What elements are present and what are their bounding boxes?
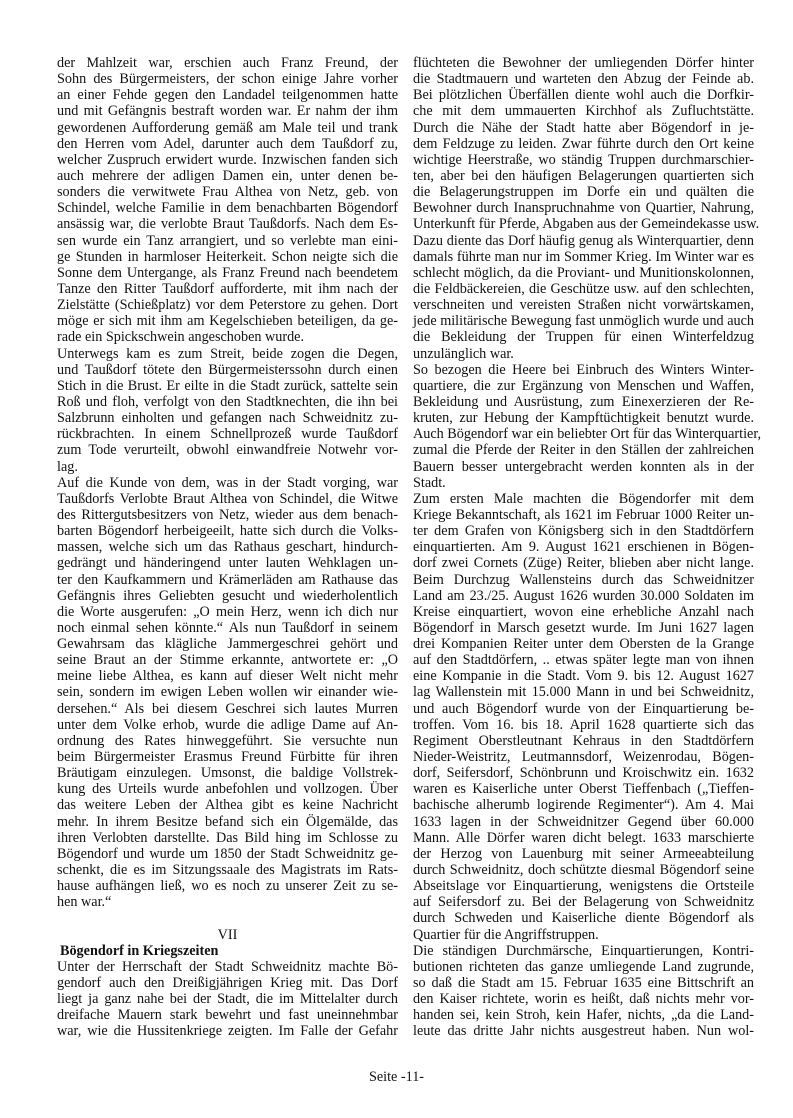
text-line: Abseitslage vor Einquartierung, wenigste…	[413, 878, 754, 894]
text-line: auf Seifersdorf zu. Bei der Belagerung v…	[413, 894, 754, 910]
text-line: Bewohner durch Inanspruchnahme von Quart…	[413, 200, 754, 216]
text-line: 1633 lagen in der Schweidnitzer Gegend ü…	[413, 814, 754, 830]
text-line: durch Schweden und Kaiserliche diente Bö…	[413, 910, 754, 926]
text-line: Zielstätte (Schießplatz) vor dem Peterst…	[57, 297, 398, 313]
text-line: lag.	[57, 459, 398, 475]
text-line: unter dem Volke erhob, wurde die adlige …	[57, 717, 398, 733]
text-line: Sonne dem Untergange, als Franz Freund n…	[57, 265, 398, 281]
text-line: Beim Durchzug Wallensteins durch das Sch…	[413, 572, 754, 588]
text-line: sein, sondern im ewigen Leben wollen wir…	[57, 684, 398, 700]
text-line: Regiment Oberstleutnant Kehraus in den S…	[413, 733, 754, 749]
text-line: welcher Zuspruch erwidert wurde. Inzwisc…	[57, 152, 398, 168]
text-line: Tanze den Ritter Taußdorf aufforderte, m…	[57, 281, 398, 297]
text-line: zumal die Pferde der Reiter in den Ställ…	[413, 442, 754, 458]
paragraph: So bezogen die Heere bei Einbruch des Wi…	[413, 362, 754, 491]
text-line: verschneiten und vereisten Straßen nicht…	[413, 297, 754, 313]
text-line: che mit dem ummauerten Kirchhof als Zufl…	[413, 103, 754, 119]
text-line: Gefängnis ihres Geliebten gesucht und wi…	[57, 588, 398, 604]
text-line: kruten, zur Hebung der Kampftüchtigkeit …	[413, 410, 754, 426]
text-line: Die ständigen Durchmärsche, Einquartieru…	[413, 943, 754, 959]
text-line: das weitere Leben der Althea gibt es kei…	[57, 797, 398, 813]
text-line: der Herzog von Lauenburg mit seiner Arme…	[413, 846, 754, 862]
text-line: und mit Gefängnis bestraft worden war. E…	[57, 103, 398, 119]
text-line: Bögendorf und wurde um 1850 der Stadt Sc…	[57, 846, 398, 862]
text-line: des Rittergutsbesitzers von Netz, wieder…	[57, 507, 398, 523]
text-line: an einer Fehde gegen den Landadel teilge…	[57, 87, 398, 103]
text-line: Gewahrsam das klägliche Jammergeschrei g…	[57, 636, 398, 652]
paragraph: Die ständigen Durchmärsche, Einquartieru…	[413, 943, 754, 1040]
text-line: ansässig war, die verlobte Braut Taußdor…	[57, 216, 398, 232]
chapter-title: Bögendorf in Kriegszeiten	[57, 943, 398, 959]
text-line: ihren Verlobten darstellte. Das Bild hin…	[57, 830, 398, 846]
text-line: noch einmal sehen könnte.“ Als nun Taußd…	[57, 620, 398, 636]
text-line: Stich in die Brust. Er eilte in die Stad…	[57, 378, 398, 394]
text-line: zum Tode verurteilt, obwohl einwandfreie…	[57, 442, 398, 458]
text-line: und auch Bögendorf wurde von der Einquar…	[413, 701, 754, 717]
text-line: der Mahlzeit war, erschien auch Franz Fr…	[57, 55, 398, 71]
text-line: dorf zwei Cornets (Züge) Reiter, blieben…	[413, 555, 754, 571]
text-line: die Stadtmauern und warteten den Abzug d…	[413, 71, 754, 87]
text-line: Dazu diente das Dorf häufig genug als Wi…	[413, 233, 754, 249]
text-line: hen war.“	[57, 894, 398, 910]
text-line: war, wie die Hussitenkriege zeigten. Im …	[57, 1023, 398, 1039]
text-line: Taußdorfs Verlobte Braut Althea von Schi…	[57, 491, 398, 507]
paragraph: Unterwegs kam es zum Streit, beide zogen…	[57, 346, 398, 475]
text-line: die Feldbäckereien, die Geschütze usw. a…	[413, 281, 754, 297]
text-line: handen sei, kein Stroh, kein Hafer, nich…	[413, 1007, 754, 1023]
text-line: Kriege Bekanntschaft, als 1621 im Februa…	[413, 507, 754, 523]
text-line: Roß und floh, verfolgt von den Stadtknec…	[57, 394, 398, 410]
text-line: auf den Stadtdörfern, .. etwas später le…	[413, 652, 754, 668]
document-page: der Mahlzeit war, erschien auch Franz Fr…	[0, 0, 793, 1118]
left-column: der Mahlzeit war, erschien auch Franz Fr…	[57, 55, 398, 1040]
paragraph: der Mahlzeit war, erschien auch Franz Fr…	[57, 55, 398, 346]
text-line: Bekleidung und Ausrüstung, zum Einexerzi…	[413, 394, 754, 410]
text-line: sen wurde ein Tanz arrangiert, und so ve…	[57, 233, 398, 249]
text-line: gendorf auch den Dreißigjährigen Krieg m…	[57, 975, 398, 991]
text-line: barten Bögendorf herbeigeeilt, hatte sic…	[57, 523, 398, 539]
text-line: möge er sich mit ihm am Kegelschieben be…	[57, 313, 398, 329]
text-line: Salzbrunn einholten und gefangen nach Sc…	[57, 410, 398, 426]
text-line: Unterwegs kam es zum Streit, beide zogen…	[57, 346, 398, 362]
text-line: wichtige Heerstraße, wo ständig Truppen …	[413, 152, 754, 168]
text-line: rade ein Spickschwein angeschoben wurde.	[57, 329, 398, 345]
text-line: schenkt, die es im Sitzungssaale des Mag…	[57, 862, 398, 878]
text-line: Durch die Nähe der Stadt hatte aber Böge…	[413, 120, 754, 136]
text-line: ter dem Grafen von Königsberg sich in de…	[413, 523, 754, 539]
text-line: den Herren vom Adel, darunter auch dem T…	[57, 136, 398, 152]
text-line: Quartier für die Angriffstruppen.	[413, 927, 754, 943]
text-line: seine Braut an der Stimme erkannte, antw…	[57, 652, 398, 668]
text-line: bachische alherumb logirende Regimenter“…	[413, 797, 754, 813]
chapter-number: VII	[57, 927, 398, 943]
text-line: Kreise einquartiert, wovon eine erheblic…	[413, 604, 754, 620]
text-line: Zum ersten Male machten die Bögendorfer …	[413, 491, 754, 507]
text-line: quartiere, die zur Ergänzung von Mensche…	[413, 378, 754, 394]
text-line: die Worte ausgerufen: „O mein Herz, wenn…	[57, 604, 398, 620]
text-line: Schindel, welche Familie in dem benachba…	[57, 200, 398, 216]
text-line: Unterkunft für Pferde, Abgaben aus der G…	[413, 216, 754, 232]
text-line: mehr. In ihrem Besitze befand sich ein Ö…	[57, 814, 398, 830]
text-line: Bögendorf in Marsch gesetzt wurde. Im Ju…	[413, 620, 754, 636]
text-line: liegt ja ganz nahe bei der Stadt, die im…	[57, 991, 398, 1007]
paragraph: Zum ersten Male machten die Bögendorfer …	[413, 491, 754, 943]
text-line: waren es Kaiserliche unter Oberst Tieffe…	[413, 781, 754, 797]
text-line: Stadt.	[413, 475, 754, 491]
text-line: ge Stunden in harmloser Heiterkeit. Scho…	[57, 249, 398, 265]
text-line: butionen richteten das ganze umliegende …	[413, 959, 754, 975]
text-line: flüchteten die Bewohner der umliegenden …	[413, 55, 754, 71]
text-line: auch mehrere der adligen Damen ein, unte…	[57, 168, 398, 184]
text-line: Bauern besser untergebracht werden konnt…	[413, 459, 754, 475]
text-line: ordnung des Rates hinweggeführt. Sie ver…	[57, 733, 398, 749]
text-line: gedrängt und händeringend unter lauten W…	[57, 555, 398, 571]
paragraph: Auf die Kunde von dem, was in der Stadt …	[57, 475, 398, 911]
text-line: schlecht möglich, da die Proviant- und M…	[413, 265, 754, 281]
text-line: Auch Bögendorf war ein beliebter Ort für…	[413, 426, 754, 442]
text-line: Bräutigam einzulegen. Umsonst, die baldi…	[57, 765, 398, 781]
text-line: Unter der Herrschaft der Stadt Schweidni…	[57, 959, 398, 975]
text-line: dersehen.“ Als bei diesem Geschrei sich …	[57, 701, 398, 717]
text-line: durch Schweidnitz, doch schützte diesmal…	[413, 862, 754, 878]
text-line: Sohn des Bürgermeisters, der schon einig…	[57, 71, 398, 87]
text-line: dorf, Seifersdorf, Schönbrunn und Kroisc…	[413, 765, 754, 781]
text-line: Mann. Alle Dörfer waren dicht belegt. 16…	[413, 830, 754, 846]
text-line: beim Bürgermeister Erasmus Freund Fürbit…	[57, 749, 398, 765]
text-line: ten, aber bei den häufigen Belagerungen …	[413, 168, 754, 184]
paragraph: Unter der Herrschaft der Stadt Schweidni…	[57, 959, 398, 1040]
text-line: ter den Kaufkammern und Krämerläden am R…	[57, 572, 398, 588]
text-line: Bei plötzlichen Überfällen diente wohl a…	[413, 87, 754, 103]
text-line: hause aufhängen ließ, wo es noch zu unse…	[57, 878, 398, 894]
text-line: jede militärische Bewegung fast unmöglic…	[413, 313, 754, 329]
text-line: troffen. Vom 16. bis 18. April 1628 quar…	[413, 717, 754, 733]
text-line: und Taußdorf tötete den Bürgermeistersso…	[57, 362, 398, 378]
text-line: drei Kompanien Reiter unter dem Obersten…	[413, 636, 754, 652]
text-line: Nieder-Weistritz, Leutmannsdorf, Weizenr…	[413, 749, 754, 765]
text-line: den Kaiser richtete, worin es heißt, daß…	[413, 991, 754, 1007]
text-line: rückbrachten. In einem Schnellprozeß wur…	[57, 426, 398, 442]
text-line: einquartierten. Am 9. August 1621 erschi…	[413, 539, 754, 555]
text-line: sonders die verwitwete Frau Althea von N…	[57, 184, 398, 200]
text-line: kung des Urteils wurde anbefohlen und vo…	[57, 781, 398, 797]
text-line: gewordenen Aufforderung gemäß am Male te…	[57, 120, 398, 136]
paragraph: flüchteten die Bewohner der umliegenden …	[413, 55, 754, 362]
text-line: dreifache Mauern stark bewehrt und fast …	[57, 1007, 398, 1023]
text-line: unzulänglich war.	[413, 346, 754, 362]
text-line: Land am 23./25. August 1626 wurden 30.00…	[413, 588, 754, 604]
text-line: meine liebe Althea, es kann auf dieser W…	[57, 668, 398, 684]
text-line: Auf die Kunde von dem, was in der Stadt …	[57, 475, 398, 491]
text-line: dem Feldzuge zu leiden. Zwar führte durc…	[413, 136, 754, 152]
text-line: leute das dritte Jahr nichts ausgestreut…	[413, 1023, 754, 1039]
right-column: flüchteten die Bewohner der umliegenden …	[413, 55, 754, 1040]
text-line: die Belagerungstruppen im Dorfe ein und …	[413, 184, 754, 200]
text-line: eine Kompanie in die Stadt. Vom 9. bis 1…	[413, 668, 754, 684]
text-line: so daß die Stadt am 15. Februar 1635 ein…	[413, 975, 754, 991]
page-number: Seite -11-	[0, 1069, 793, 1086]
text-line: damals führte man nur im Sommer Krieg. I…	[413, 249, 754, 265]
text-line: die Bekleidung der Truppen für einen Win…	[413, 329, 754, 345]
text-line: lag Wallenstein mit 15.000 Mann in und b…	[413, 684, 754, 700]
text-line: massen, welche sich um das Rathaus gesch…	[57, 539, 398, 555]
text-line: So bezogen die Heere bei Einbruch des Wi…	[413, 362, 754, 378]
